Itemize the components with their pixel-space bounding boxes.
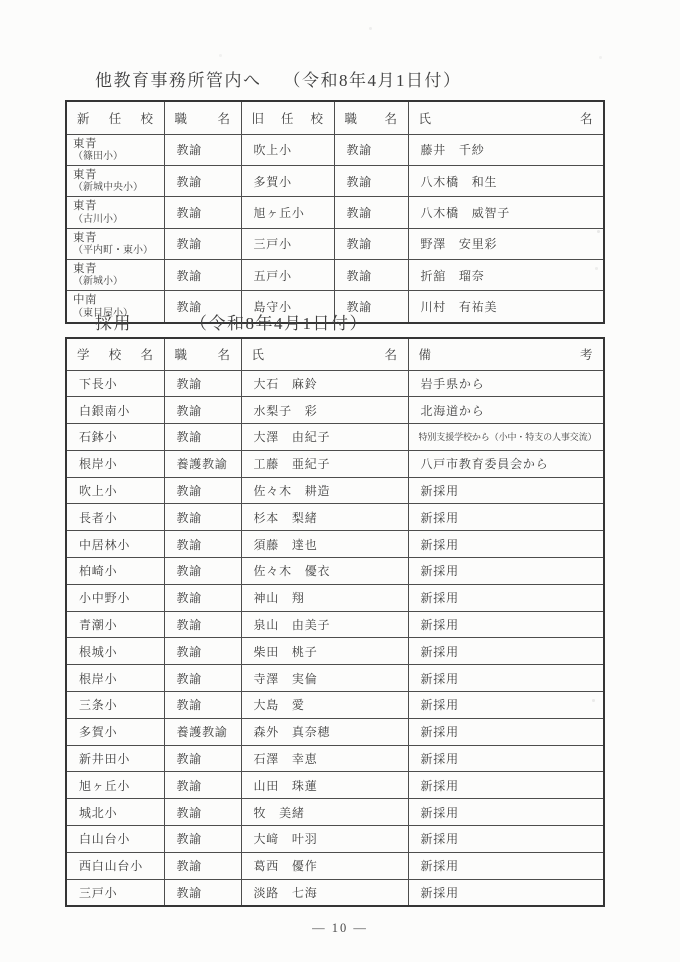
remark-cell: 新採用: [408, 665, 604, 692]
school-cell: 小中野小: [66, 584, 164, 611]
school-cell: 旭ヶ丘小: [66, 772, 164, 799]
position-cell: 教諭: [164, 397, 241, 424]
new-school-cell: 東青（新城小）: [66, 260, 164, 291]
section-title: 採用: [95, 309, 132, 334]
remark-cell: 新採用: [408, 799, 604, 826]
column-header: 新任校: [66, 101, 164, 134]
name-cell: 須藤 達也: [241, 531, 408, 558]
position-cell: 教諭: [164, 370, 241, 397]
table-row: 東青（平内町・東小）教諭三戸小教諭野澤 安里彩: [66, 228, 604, 259]
section-date-note: （令和8年4月1日付）: [190, 309, 368, 334]
name-cell: 山田 珠蓮: [241, 772, 408, 799]
new-school-cell: 東青（平内町・東小）: [66, 228, 164, 259]
remark-cell: 新採用: [408, 611, 604, 638]
district-school-name: （平内町・東小）: [73, 245, 160, 257]
table-row: 柏崎小教諭佐々木 優衣新採用: [66, 558, 604, 585]
position-cell: 教諭: [164, 531, 241, 558]
column-header: 氏名: [408, 101, 604, 134]
position-cell: 教諭: [164, 611, 241, 638]
name-cell: 大島 愛: [241, 692, 408, 719]
remark-cell: 新採用: [408, 531, 604, 558]
header-char: 名: [384, 345, 397, 363]
remark-cell: 新採用: [408, 852, 604, 879]
name-cell: 泉山 由美子: [241, 611, 408, 638]
remark-cell: 新採用: [408, 584, 604, 611]
column-header: 学校名: [66, 338, 164, 370]
table-row: 東青（篠田小）教諭吹上小教諭藤井 千紗: [66, 134, 604, 165]
school-cell: 三戸小: [66, 879, 164, 906]
position-cell: 教諭: [164, 772, 241, 799]
name-cell: 大﨑 叶羽: [241, 826, 408, 853]
remark-cell: 岩手県から: [408, 370, 604, 397]
header-char: 校: [310, 109, 323, 127]
name-cell: 杉本 梨緒: [241, 504, 408, 531]
name-cell: 柴田 桃子: [241, 638, 408, 665]
column-header: 備考: [408, 338, 604, 370]
district-school-name: （古川小）: [73, 214, 160, 226]
school-cell: 青潮小: [66, 611, 164, 638]
table-row: 中居林小教諭須藤 達也新採用: [66, 531, 604, 558]
school-cell: 白銀南小: [66, 397, 164, 424]
table-row: 青潮小教諭泉山 由美子新採用: [66, 611, 604, 638]
header-char: 職: [175, 109, 188, 127]
school-cell: 根岸小: [66, 665, 164, 692]
new-school-cell: 東青（新城中央小）: [66, 165, 164, 196]
position-cell: 教諭: [164, 260, 241, 291]
table-row: 西白山台小教諭葛西 優作新採用: [66, 852, 604, 879]
table-row: 白銀南小教諭水梨子 彩北海道から: [66, 397, 604, 424]
previous-school-cell: 三戸小: [241, 228, 334, 259]
page-number: — 10 —: [0, 921, 680, 936]
district-name: 東青: [73, 137, 160, 151]
table-row: 根岸小教諭寺澤 実倫新採用: [66, 665, 604, 692]
name-cell: 折舘 瑠奈: [408, 260, 604, 291]
school-cell: 中居林小: [66, 531, 164, 558]
header-char: 考: [580, 345, 593, 363]
position-cell: 養護教諭: [164, 718, 241, 745]
header-char: 氏: [252, 345, 265, 363]
table-row: 石鉢小教諭大澤 由紀子特別支援学校から（小中・特支の人事交流）: [66, 424, 604, 451]
position-cell: 教諭: [164, 692, 241, 719]
column-header: 旧任校: [241, 101, 334, 134]
table-row: 城北小教諭牧 美緒新採用: [66, 799, 604, 826]
position-cell: 教諭: [164, 665, 241, 692]
name-cell: 水梨子 彩: [241, 397, 408, 424]
column-header: 職名: [334, 101, 408, 134]
previous-school-cell: 旭ヶ丘小: [241, 197, 334, 228]
name-cell: 八木橋 和生: [408, 165, 604, 196]
previous-school-cell: 五戸小: [241, 260, 334, 291]
table-row: 根岸小養護教諭工藤 亜紀子八戸市教育委員会から: [66, 450, 604, 477]
table-row: 白山台小教諭大﨑 叶羽新採用: [66, 826, 604, 853]
table-row: 根城小教諭柴田 桃子新採用: [66, 638, 604, 665]
remark-cell: 新採用: [408, 745, 604, 772]
name-cell: 藤井 千紗: [408, 134, 604, 165]
table-row: 長者小教諭杉本 梨緒新採用: [66, 504, 604, 531]
previous-position-cell: 教諭: [334, 165, 408, 196]
remark-cell: 新採用: [408, 477, 604, 504]
remark-cell: 北海道から: [408, 397, 604, 424]
table-row: 東青（古川小）教諭旭ヶ丘小教諭八木橋 威智子: [66, 197, 604, 228]
position-cell: 教諭: [164, 879, 241, 906]
name-cell: 寺澤 実倫: [241, 665, 408, 692]
column-header: 職名: [164, 101, 241, 134]
name-cell: 葛西 優作: [241, 852, 408, 879]
previous-position-cell: 教諭: [334, 134, 408, 165]
remark-cell: 新採用: [408, 638, 604, 665]
new-school-cell: 東青（古川小）: [66, 197, 164, 228]
table-row: 新井田小教諭石澤 幸恵新採用: [66, 745, 604, 772]
position-cell: 教諭: [164, 477, 241, 504]
position-cell: 教諭: [164, 638, 241, 665]
school-cell: 長者小: [66, 504, 164, 531]
position-cell: 教諭: [164, 165, 241, 196]
header-char: 旧: [252, 109, 265, 127]
position-cell: 教諭: [164, 558, 241, 585]
header-char: 学: [77, 345, 90, 363]
header-char: 新: [77, 109, 90, 127]
previous-position-cell: 教諭: [334, 197, 408, 228]
position-cell: 教諭: [164, 504, 241, 531]
position-cell: 教諭: [164, 134, 241, 165]
section-transfers-title-row: 他教育事務所管内へ （令和8年4月1日付）: [95, 66, 462, 91]
position-cell: 教諭: [164, 826, 241, 853]
school-cell: 城北小: [66, 799, 164, 826]
school-cell: 石鉢小: [66, 424, 164, 451]
header-char: 職: [345, 109, 358, 127]
name-cell: 工藤 亜紀子: [241, 450, 408, 477]
header-char: 備: [419, 345, 432, 363]
name-cell: 石澤 幸恵: [241, 745, 408, 772]
position-cell: 教諭: [164, 799, 241, 826]
school-cell: 三条小: [66, 692, 164, 719]
district-school-name: （篠田小）: [73, 151, 160, 163]
table-row: 下長小教諭大石 麻鈴岩手県から: [66, 370, 604, 397]
header-char: 任: [281, 109, 294, 127]
header-char: 任: [109, 109, 122, 127]
header-char: 職: [175, 345, 188, 363]
header-char: 名: [217, 345, 230, 363]
section-hires-title-row: 採用 （令和8年4月1日付）: [95, 309, 368, 334]
school-cell: 白山台小: [66, 826, 164, 853]
name-cell: 佐々木 優衣: [241, 558, 408, 585]
remark-cell: 八戸市教育委員会から: [408, 450, 604, 477]
name-cell: 大石 麻鈴: [241, 370, 408, 397]
section-date-note: （令和8年4月1日付）: [284, 66, 462, 91]
remark-cell: 新採用: [408, 558, 604, 585]
hires-table: 学校名職名氏名備考下長小教諭大石 麻鈴岩手県から白銀南小教諭水梨子 彩北海道から…: [65, 337, 605, 907]
column-header: 氏名: [241, 338, 408, 370]
table-row: 小中野小教諭神山 翔新採用: [66, 584, 604, 611]
section-title: 他教育事務所管内へ: [95, 66, 262, 91]
header-char: 名: [580, 109, 593, 127]
remark-cell: 新採用: [408, 718, 604, 745]
remark-cell: 新採用: [408, 772, 604, 799]
district-name: 東青: [73, 231, 160, 245]
school-cell: 吹上小: [66, 477, 164, 504]
position-cell: 教諭: [164, 745, 241, 772]
previous-school-cell: 吹上小: [241, 134, 334, 165]
table-row: 三戸小教諭淡路 七海新採用: [66, 879, 604, 906]
previous-school-cell: 多賀小: [241, 165, 334, 196]
name-cell: 淡路 七海: [241, 879, 408, 906]
header-char: 名: [140, 345, 153, 363]
remark-cell: 新採用: [408, 826, 604, 853]
table-row: 吹上小教諭佐々木 耕造新採用: [66, 477, 604, 504]
name-cell: 森外 真奈穂: [241, 718, 408, 745]
name-cell: 佐々木 耕造: [241, 477, 408, 504]
school-cell: 下長小: [66, 370, 164, 397]
name-cell: 川村 有祐美: [408, 291, 604, 323]
header-char: 名: [217, 109, 230, 127]
district-name: 中南: [73, 293, 160, 307]
new-school-cell: 東青（篠田小）: [66, 134, 164, 165]
column-header: 職名: [164, 338, 241, 370]
document-page: 他教育事務所管内へ （令和8年4月1日付） 新任校職名旧任校職名氏名東青（篠田小…: [0, 0, 680, 962]
previous-position-cell: 教諭: [334, 260, 408, 291]
transfers-table: 新任校職名旧任校職名氏名東青（篠田小）教諭吹上小教諭藤井 千紗東青（新城中央小）…: [65, 100, 605, 324]
header-char: 氏: [419, 109, 432, 127]
table-row: 東青（新城中央小）教諭多賀小教諭八木橋 和生: [66, 165, 604, 196]
remark-cell: 特別支援学校から（小中・特支の人事交流）: [408, 424, 604, 451]
table-row: 三条小教諭大島 愛新採用: [66, 692, 604, 719]
district-name: 東青: [73, 168, 160, 182]
position-cell: 養護教諭: [164, 450, 241, 477]
position-cell: 教諭: [164, 852, 241, 879]
header-row: 学校名職名氏名備考: [66, 338, 604, 370]
remark-cell: 新採用: [408, 504, 604, 531]
name-cell: 牧 美緒: [241, 799, 408, 826]
name-cell: 大澤 由紀子: [241, 424, 408, 451]
remark-cell: 新採用: [408, 692, 604, 719]
district-school-name: （新城中央小）: [73, 182, 160, 194]
school-cell: 根城小: [66, 638, 164, 665]
header-char: 校: [140, 109, 153, 127]
table-row: 東青（新城小）教諭五戸小教諭折舘 瑠奈: [66, 260, 604, 291]
school-cell: 西白山台小: [66, 852, 164, 879]
scan-specks: [0, 0, 1, 1]
school-cell: 根岸小: [66, 450, 164, 477]
table-row: 多賀小養護教諭森外 真奈穂新採用: [66, 718, 604, 745]
position-cell: 教諭: [164, 228, 241, 259]
position-cell: 教諭: [164, 584, 241, 611]
school-cell: 新井田小: [66, 745, 164, 772]
remark-cell: 新採用: [408, 879, 604, 906]
table-row: 旭ヶ丘小教諭山田 珠蓮新採用: [66, 772, 604, 799]
school-cell: 多賀小: [66, 718, 164, 745]
position-cell: 教諭: [164, 197, 241, 228]
school-cell: 柏崎小: [66, 558, 164, 585]
district-school-name: （新城小）: [73, 276, 160, 288]
previous-position-cell: 教諭: [334, 228, 408, 259]
header-char: 名: [384, 109, 397, 127]
district-name: 東青: [73, 262, 160, 276]
district-name: 東青: [73, 199, 160, 213]
name-cell: 野澤 安里彩: [408, 228, 604, 259]
name-cell: 神山 翔: [241, 584, 408, 611]
name-cell: 八木橋 威智子: [408, 197, 604, 228]
header-row: 新任校職名旧任校職名氏名: [66, 101, 604, 134]
header-char: 校: [109, 345, 122, 363]
position-cell: 教諭: [164, 424, 241, 451]
